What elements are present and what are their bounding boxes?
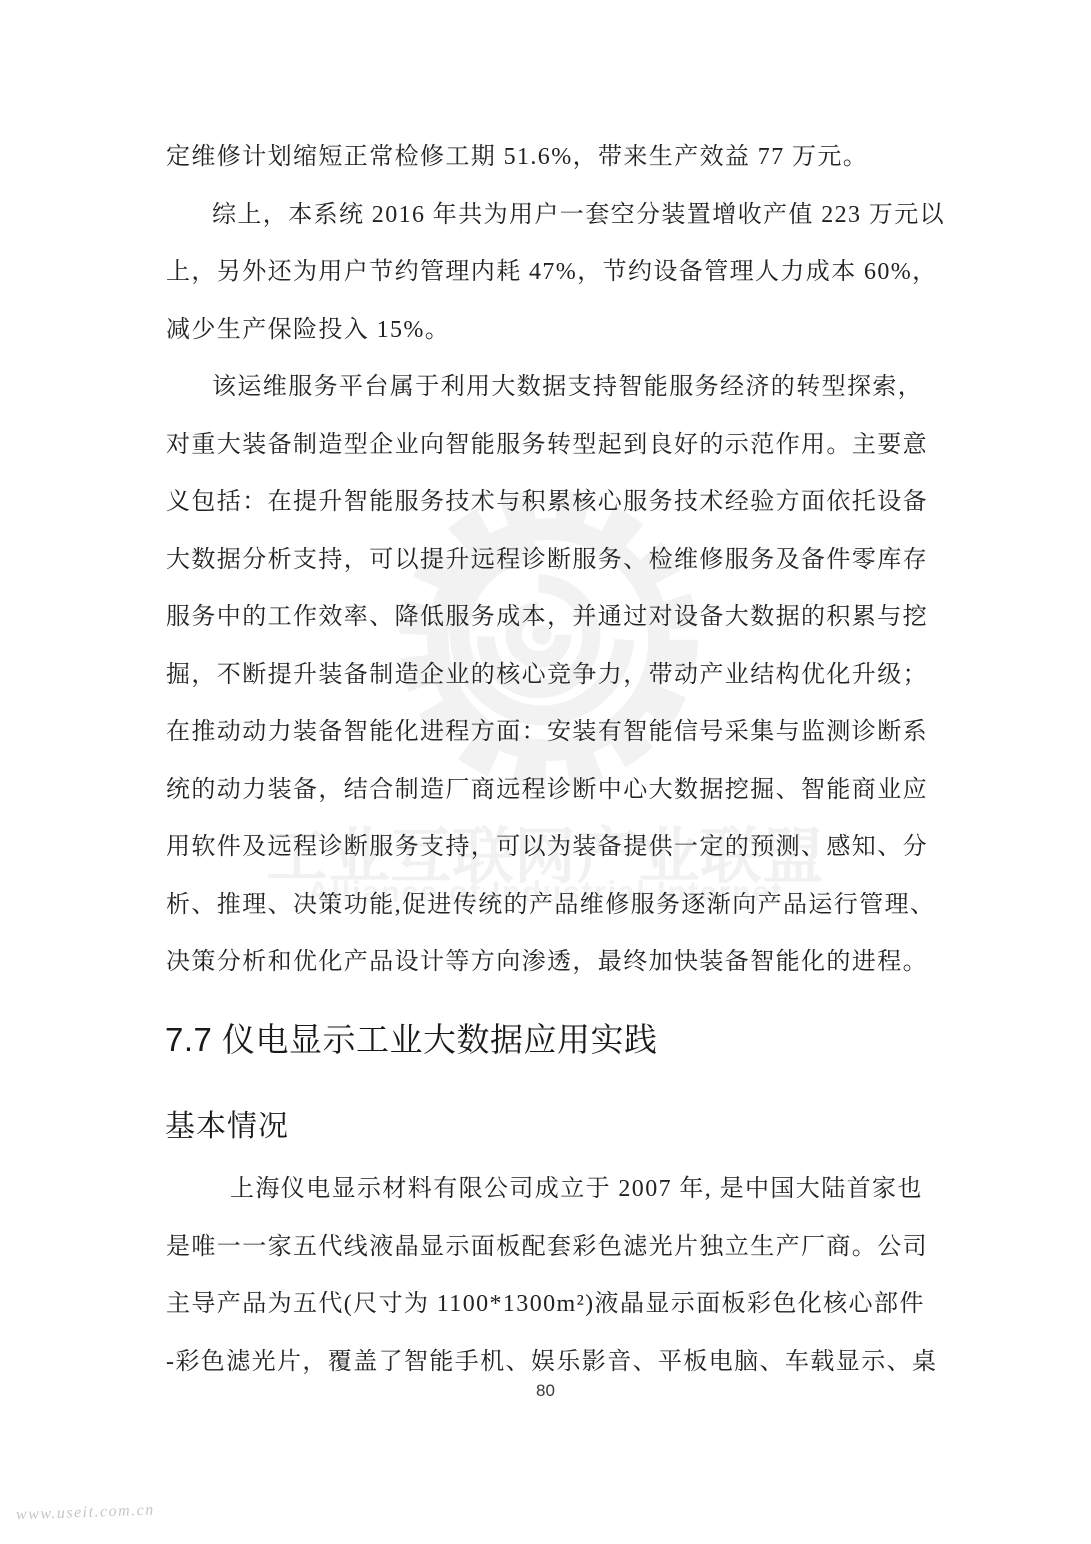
text-line: 定维修计划缩短正常检修工期 51.6%，带来生产效益 77 万元。	[166, 129, 936, 187]
text-line: 决策分析和优化产品设计等方向渗透，最终加快装备智能化的进程。	[166, 934, 936, 992]
text-line: 用软件及远程诊断服务支持，可以为装备提供一定的预测、感知、分	[166, 819, 936, 877]
text-line: 大数据分析支持，可以提升远程诊断服务、检维修服务及备件零库存	[166, 532, 936, 590]
sub-heading-basic-situation: 基本情况	[165, 1101, 289, 1145]
section-heading-7-7: 7.7 仪电显示工业大数据应用实践	[165, 1014, 658, 1061]
page-content: 定维修计划缩短正常检修工期 51.6%，带来生产效益 77 万元。 综上，本系统…	[0, 0, 1091, 1544]
text-line: 主导产品为五代(尺寸为 1100*1300m²)液晶显示面板彩色化核心部件	[166, 1276, 936, 1334]
text-line: 是唯一一家五代线液晶显示面板配套彩色滤光片独立生产厂商。公司	[166, 1219, 936, 1277]
page-number: 80	[0, 1381, 1091, 1401]
text-line: 掘，不断提升装备制造企业的核心竞争力，带动产业结构优化升级；	[166, 647, 936, 705]
text-line: 该运维服务平台属于利用大数据支持智能服务经济的转型探索，	[166, 359, 936, 417]
text-line: 减少生产保险投入 15%。	[166, 302, 936, 360]
text-line: 义包括：在提升智能服务技术与积累核心服务技术经验方面依托设备	[166, 474, 936, 532]
text-line: 统的动力装备，结合制造厂商远程诊断中心大数据挖掘、智能商业应	[166, 762, 936, 820]
paragraph-block-lower: 上海仪电显示材料有限公司成立于 2007 年, 是中国大陆首家也 是唯一一家五代…	[166, 1161, 936, 1391]
text-line: 服务中的工作效率、降低服务成本，并通过对设备大数据的积累与挖	[166, 589, 936, 647]
document-page: 工业互联网产业联盟 Alliance of Industrial Interne…	[0, 0, 1091, 1544]
text-line: 对重大装备制造型企业向智能服务转型起到良好的示范作用。主要意	[166, 417, 936, 475]
text-line: 在推动动力装备智能化进程方面：安装有智能信号采集与监测诊断系	[166, 704, 936, 762]
text-line: 析、推理、决策功能,促进传统的产品维修服务逐渐向产品运行管理、	[166, 877, 936, 935]
text-line: 综上，本系统 2016 年共为用户一套空分装置增收产值 223 万元以	[166, 187, 936, 245]
text-line: 上海仪电显示材料有限公司成立于 2007 年, 是中国大陆首家也	[166, 1161, 936, 1219]
text-line: 上，另外还为用户节约管理内耗 47%，节约设备管理人力成本 60%，	[166, 244, 936, 302]
paragraph-block-upper: 定维修计划缩短正常检修工期 51.6%，带来生产效益 77 万元。 综上，本系统…	[166, 129, 936, 992]
